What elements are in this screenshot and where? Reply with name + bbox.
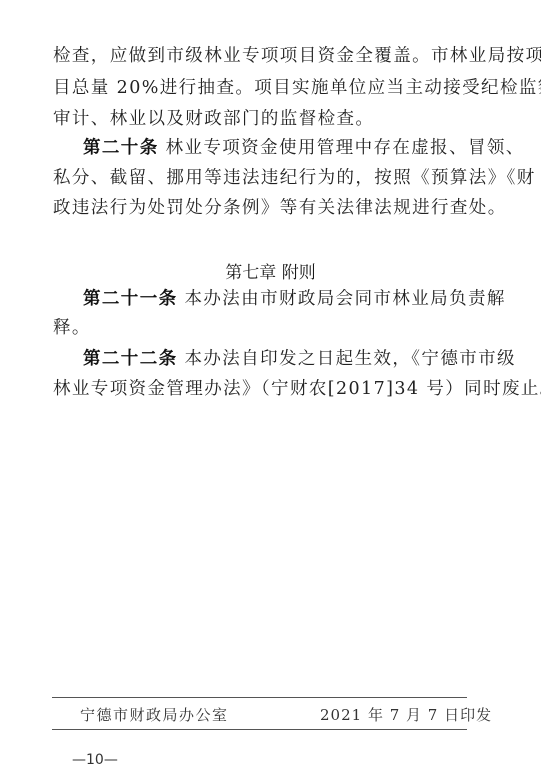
article-20-line-3: 政违法行为处罚处分条例》等有关法律法规进行查处。 — [53, 198, 467, 218]
footer-top-rule — [52, 697, 467, 698]
article-20-label: 第二十条 — [83, 138, 159, 158]
article-20-first-line: 第二十条 林业专项资金使用管理中存在虚报、冒领、 — [83, 138, 467, 158]
footer-bottom-rule — [52, 729, 467, 730]
article-20-line-2: 私分、截留、挪用等违法违纪行为的，按照《预算法》《财 — [53, 168, 467, 188]
article-22-label: 第二十二条 — [83, 349, 178, 369]
article-22-line-2: 林业专项资金管理办法》（宁财农[2017]34 号）同时废止。 — [53, 379, 467, 399]
document-page: 检查，应做到市级林业专项项目资金全覆盖。市林业局按项 目总量 20%进行抽查。项… — [0, 0, 541, 782]
article-22-text: 本办法自印发之日起生效，《宁德市市级 — [184, 349, 515, 369]
article-21-label: 第二十一条 — [83, 289, 178, 309]
article-21-first-line: 第二十一条 本办法由市财政局会同市林业局负责解 — [83, 289, 467, 309]
article-21-line-2: 释。 — [53, 318, 467, 338]
footer-date: 2021 年 7 月 7 日印发 — [320, 704, 492, 725]
body-line-3: 审计、林业以及财政部门的监督检查。 — [53, 109, 467, 129]
page-number: —10— — [72, 752, 118, 768]
article-22-first-line: 第二十二条 本办法自印发之日起生效，《宁德市市级 — [83, 349, 467, 369]
chapter-heading: 第七章 附则 — [0, 258, 541, 283]
article-20-text: 林业专项资金使用管理中存在虚报、冒领、 — [166, 138, 525, 158]
footer-issuer: 宁德市财政局办公室 — [80, 704, 229, 725]
body-line-2: 目总量 20%进行抽查。项目实施单位应当主动接受纪检监察、 — [53, 78, 467, 98]
article-21-text: 本办法由市财政局会同市林业局负责解 — [184, 289, 505, 309]
body-line-1: 检查，应做到市级林业专项项目资金全覆盖。市林业局按项 — [53, 46, 467, 66]
